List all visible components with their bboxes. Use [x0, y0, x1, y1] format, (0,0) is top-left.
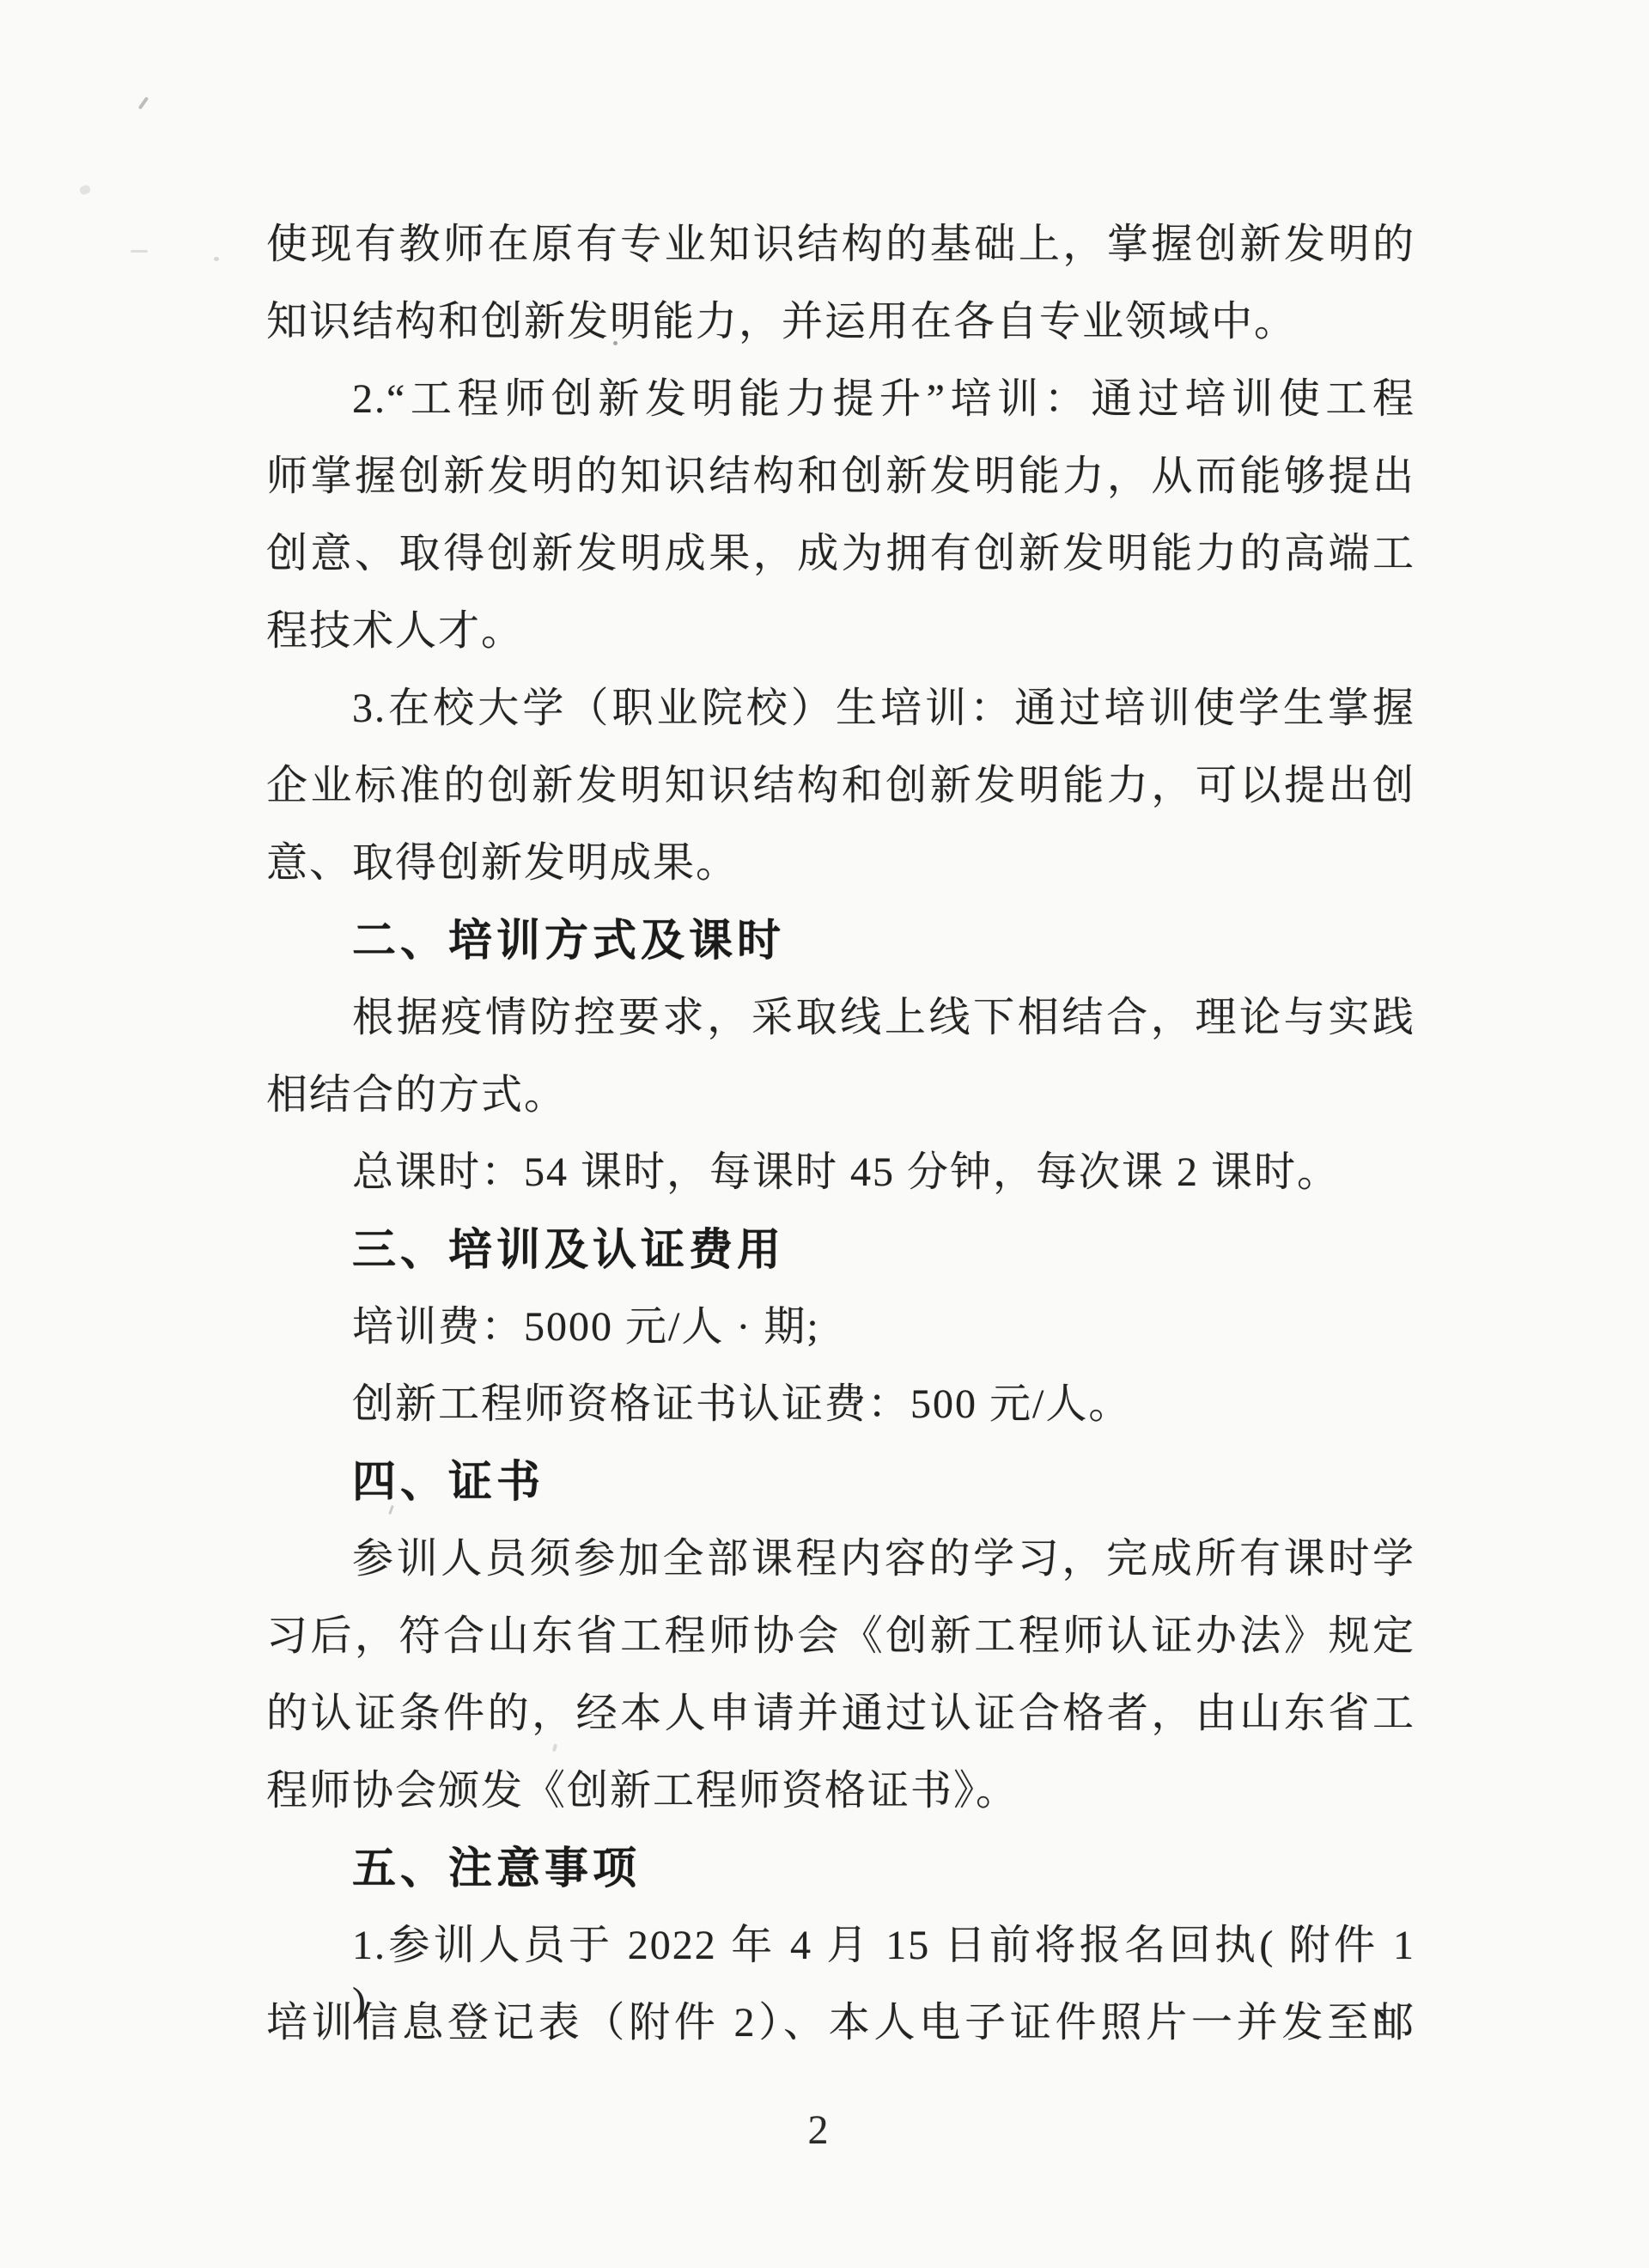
- section-heading: 二、培训方式及课时: [352, 912, 785, 990]
- text-line: 意、取得创新发明成果。: [266, 835, 739, 912]
- text-line: 3.在校大学（职业院校）生培训：通过培训使学生掌握: [352, 680, 1415, 758]
- section-heading: 五、注意事项: [352, 1840, 641, 1917]
- scan-speck: [79, 184, 92, 196]
- text-line: 程技术人才。: [266, 603, 524, 680]
- text-line: 总课时：54 课时，每课时 45 分钟，每次课 2 课时。: [352, 1144, 1340, 1222]
- text-line: 师掌握创新发明的知识结构和创新发明能力，从而能够提出: [266, 448, 1415, 526]
- text-line: 培训信息登记表（附件 2）、本人电子证件照片一并发至邮: [266, 1995, 1415, 2072]
- text-line: 的认证条件的，经本人申请并通过认证合格者，由山东省工: [266, 1686, 1415, 1763]
- page-number: 2: [0, 2106, 1636, 2154]
- text-line: 知识结构和创新发明能力，并运用在各自专业领域中。: [266, 294, 1297, 371]
- scan-speck: [131, 250, 148, 253]
- text-line: 程师协会颁发《创新工程师资格证书》。: [266, 1763, 1019, 1840]
- section-heading: 三、培训及认证费用: [352, 1222, 785, 1299]
- page: 使现有教师在原有专业知识结构的基础上，掌握创新发明的知识结构和创新发明能力，并运…: [0, 0, 1649, 2268]
- text-line: 1.参训人员于 2022 年 4 月 15 日前将报名回执( 附件 1 )、: [352, 1917, 1415, 1995]
- scan-speck: [214, 257, 219, 261]
- text-line: 习后，符合山东省工程师协会《创新工程师认证办法》规定: [266, 1608, 1415, 1686]
- scan-speck: [138, 96, 149, 109]
- text-line: 使现有教师在原有专业知识结构的基础上，掌握创新发明的: [266, 216, 1415, 294]
- section-heading: 四、证书: [352, 1454, 545, 1531]
- text-line: 相结合的方式。: [266, 1067, 567, 1144]
- text-line: 2.“工程师创新发明能力提升”培训：通过培训使工程: [352, 371, 1415, 448]
- text-line: 参训人员须参加全部课程内容的学习，完成所有课时学: [352, 1531, 1415, 1608]
- text-line: 企业标准的创新发明知识结构和创新发明能力，可以提出创: [266, 758, 1415, 835]
- text-line: 根据疫情防控要求，采取线上线下相结合，理论与实践: [352, 990, 1415, 1067]
- text-line: 创新工程师资格证书认证费：500 元/人。: [352, 1376, 1131, 1454]
- text-line: 创意、取得创新发明成果，成为拥有创新发明能力的高端工: [266, 526, 1415, 603]
- text-line: 培训费：5000 元/人 · 期;: [352, 1299, 820, 1376]
